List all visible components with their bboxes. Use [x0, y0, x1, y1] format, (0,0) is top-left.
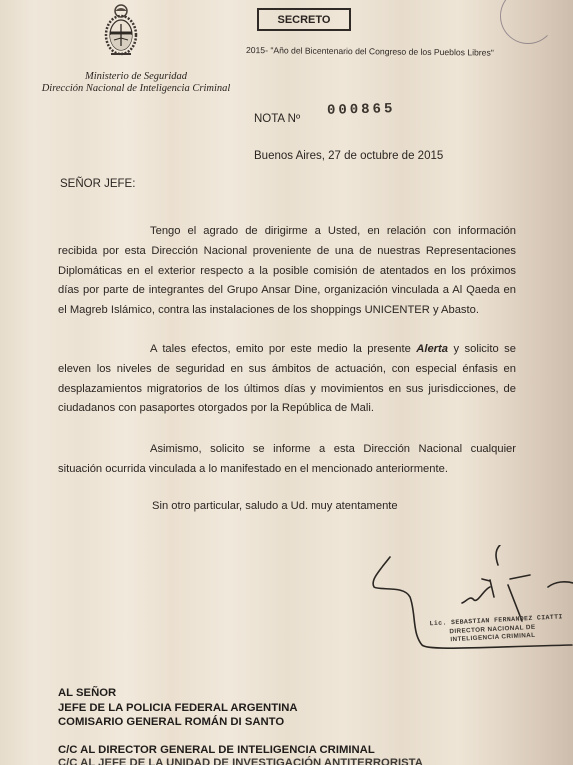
closing-line: Sin otro particular, saludo a Ud. muy at…	[152, 500, 398, 512]
recipient-line-2: JEFE DE LA POLICIA FEDERAL ARGENTINA	[58, 701, 298, 716]
classification-badge: SECRETO	[257, 8, 351, 31]
body-paragraph-3: Asimismo, solicito se informe a esta Dir…	[58, 440, 516, 480]
note-number-label: NOTA Nº	[254, 113, 300, 125]
note-number: 000865	[327, 101, 396, 119]
paragraph-3-text: Asimismo, solicito se informe a esta Dir…	[58, 443, 516, 475]
copy-line-2: C/C AL JEFE DE LA UNIDAD DE INVESTIGACIÓ…	[58, 757, 423, 765]
ministry-name: Ministerio de Seguridad	[40, 71, 232, 83]
directorate-name: Dirección Nacional de Inteligencia Crimi…	[40, 83, 232, 95]
place-date: Buenos Aires, 27 de octubre de 2015	[254, 150, 443, 162]
alert-emphasis: Alerta	[416, 343, 448, 355]
year-motto: 2015- "Año del Bicentenario del Congreso…	[246, 45, 494, 58]
ministry-header: Ministerio de Seguridad Dirección Nacion…	[40, 71, 232, 95]
recipient-block: AL SEÑOR JEFE DE LA POLICIA FEDERAL ARGE…	[58, 686, 298, 730]
recipient-line-1: AL SEÑOR	[58, 686, 298, 701]
circular-stamp-icon	[500, 0, 556, 44]
coat-of-arms-icon	[96, 2, 146, 62]
body-paragraph-2: A tales efectos, emito por este medio la…	[58, 340, 516, 419]
paragraph-2-text-a: A tales efectos, emito por este medio la…	[150, 343, 416, 355]
recipient-line-3: COMISARIO GENERAL ROMÁN DI SANTO	[58, 715, 298, 730]
copy-line-1: C/C AL DIRECTOR GENERAL DE INTELIGENCIA …	[58, 744, 423, 757]
body-paragraph-1: Tengo el agrado de dirigirme a Usted, en…	[58, 222, 516, 321]
classification-label: SECRETO	[278, 14, 331, 26]
salutation: SEÑOR JEFE:	[60, 178, 135, 190]
copies-block: C/C AL DIRECTOR GENERAL DE INTELIGENCIA …	[58, 744, 423, 765]
paragraph-1-text: Tengo el agrado de dirigirme a Usted, en…	[58, 225, 516, 316]
